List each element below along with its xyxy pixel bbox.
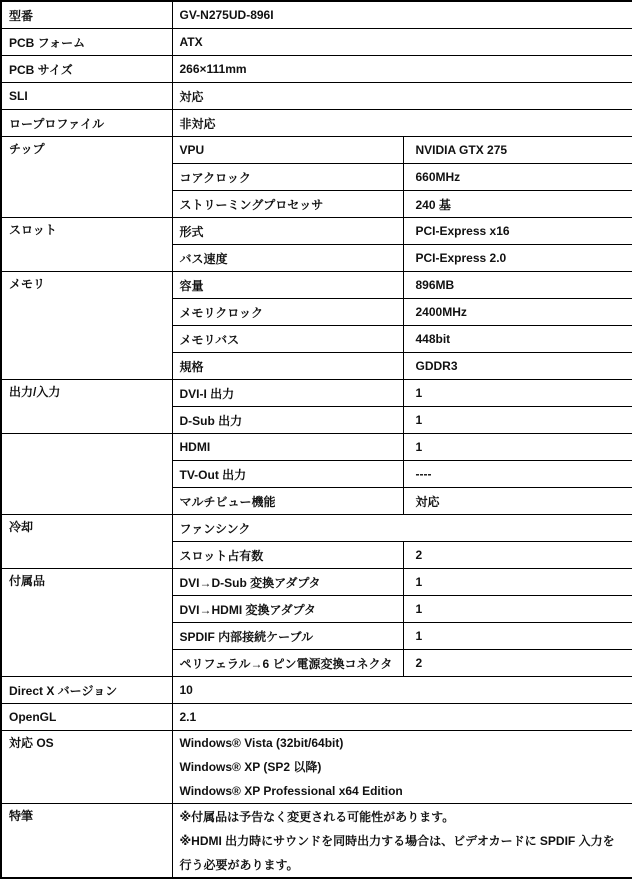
- row-directx: Direct X バージョン 10: [1, 677, 632, 704]
- accessory-hdmi-adapter-value: 1: [403, 596, 632, 623]
- cooling-slots-value: 2: [403, 542, 632, 569]
- chip-vpu-value: NVIDIA GTX 275: [403, 137, 632, 164]
- accessory-power-connector-name: ペリフェラル→6 ピン電源変換コネクタ: [172, 650, 403, 677]
- row-slot-format: スロット 形式 PCI-Express x16: [1, 218, 632, 245]
- opengl-value: 2.1: [172, 704, 632, 731]
- row-opengl: OpenGL 2.1: [1, 704, 632, 731]
- directx-value: 10: [172, 677, 632, 704]
- memory-standard-name: 規格: [172, 353, 403, 380]
- pcb-size-value: 266×111mm: [172, 56, 632, 83]
- slot-format-name: 形式: [172, 218, 403, 245]
- os-line-xp: Windows® XP (SP2 以降): [180, 755, 626, 779]
- chip-streamprocessors-name: ストリーミングプロセッサ: [172, 191, 403, 218]
- row-accessory-dsub-adapter: 付属品 DVI→D-Sub 変換アダプタ 1: [1, 569, 632, 596]
- memory-clock-name: メモリクロック: [172, 299, 403, 326]
- row-io-dvi: 出力/入力 DVI-I 出力 1: [1, 380, 632, 407]
- slot-section-label: スロット: [1, 218, 172, 272]
- memory-section-label: メモリ: [1, 272, 172, 380]
- io-dsub-name: D-Sub 出力: [172, 407, 403, 434]
- row-model: 型番 GV-N275UD-896I: [1, 1, 632, 29]
- memory-capacity-name: 容量: [172, 272, 403, 299]
- row-low-profile: ロープロファイル 非対応: [1, 110, 632, 137]
- memory-bus-value: 448bit: [403, 326, 632, 353]
- spec-sheet-page: 型番 GV-N275UD-896I PCB フォーム ATX PCB サイズ 2…: [0, 0, 632, 799]
- memory-capacity-value: 896MB: [403, 272, 632, 299]
- row-cooling-fansink: 冷却 ファンシンク: [1, 515, 632, 542]
- accessory-spdif-cable-value: 1: [403, 623, 632, 650]
- accessory-dsub-adapter-value: 1: [403, 569, 632, 596]
- accessory-hdmi-adapter-name: DVI→HDMI 変換アダプタ: [172, 596, 403, 623]
- os-value-cell: Windows® Vista (32bit/64bit) Windows® XP…: [172, 731, 632, 804]
- accessories-section-label: 付属品: [1, 569, 172, 677]
- io-dvi-name: DVI-I 出力: [172, 380, 403, 407]
- row-sli: SLI 対応: [1, 83, 632, 110]
- directx-label: Direct X バージョン: [1, 677, 172, 704]
- pcb-size-label: PCB サイズ: [1, 56, 172, 83]
- model-label: 型番: [1, 1, 172, 29]
- io-dvi-value: 1: [403, 380, 632, 407]
- os-line-xp64: Windows® XP Professional x64 Edition: [180, 779, 626, 803]
- io-hdmi-value: 1: [403, 434, 632, 461]
- chip-vpu-name: VPU: [172, 137, 403, 164]
- notes-value-cell: ※付属品は予告なく変更される可能性があります。 ※HDMI 出力時にサウンドを同…: [172, 804, 632, 879]
- cooling-section-label: 冷却: [1, 515, 172, 569]
- low-profile-value: 非対応: [172, 110, 632, 137]
- os-line-vista: Windows® Vista (32bit/64bit): [180, 731, 626, 755]
- row-pcb-form: PCB フォーム ATX: [1, 29, 632, 56]
- row-notes: 特筆 ※付属品は予告なく変更される可能性があります。 ※HDMI 出力時にサウン…: [1, 804, 632, 879]
- accessory-power-connector-value: 2: [403, 650, 632, 677]
- memory-standard-value: GDDR3: [403, 353, 632, 380]
- row-chip-vpu: チップ VPU NVIDIA GTX 275: [1, 137, 632, 164]
- cooling-slots-name: スロット占有数: [172, 542, 403, 569]
- io-section-label: 出力/入力: [1, 380, 172, 434]
- chip-streamprocessors-value: 240 基: [403, 191, 632, 218]
- row-pcb-size: PCB サイズ 266×111mm: [1, 56, 632, 83]
- memory-clock-value: 2400MHz: [403, 299, 632, 326]
- chip-section-label: チップ: [1, 137, 172, 218]
- os-label: 対応 OS: [1, 731, 172, 804]
- slot-busspeed-value: PCI-Express 2.0: [403, 245, 632, 272]
- chip-coreclock-value: 660MHz: [403, 164, 632, 191]
- io-multiview-value: 対応: [403, 488, 632, 515]
- chip-coreclock-name: コアクロック: [172, 164, 403, 191]
- accessory-spdif-cable-name: SPDIF 内部接続ケーブル: [172, 623, 403, 650]
- notes-label: 特筆: [1, 804, 172, 879]
- pcb-form-label: PCB フォーム: [1, 29, 172, 56]
- accessory-dsub-adapter-name: DVI→D-Sub 変換アダプタ: [172, 569, 403, 596]
- note-hdmi-spdif: ※HDMI 出力時にサウンドを同時出力する場合は、ビデオカードに SPDIF 入…: [180, 829, 626, 877]
- pcb-form-value: ATX: [172, 29, 632, 56]
- io-tvout-name: TV-Out 出力: [172, 461, 403, 488]
- sli-value: 対応: [172, 83, 632, 110]
- cooling-fansink-value: ファンシンク: [172, 515, 632, 542]
- model-value: GV-N275UD-896I: [172, 1, 632, 29]
- spec-table: 型番 GV-N275UD-896I PCB フォーム ATX PCB サイズ 2…: [0, 0, 632, 879]
- row-io-hdmi: HDMI 1: [1, 434, 632, 461]
- io-hdmi-name: HDMI: [172, 434, 403, 461]
- slot-format-value: PCI-Express x16: [403, 218, 632, 245]
- io-extra-label-cell: [1, 434, 172, 515]
- sli-label: SLI: [1, 83, 172, 110]
- slot-busspeed-name: バス速度: [172, 245, 403, 272]
- opengl-label: OpenGL: [1, 704, 172, 731]
- row-os: 対応 OS Windows® Vista (32bit/64bit) Windo…: [1, 731, 632, 804]
- memory-bus-name: メモリバス: [172, 326, 403, 353]
- note-accessories-change: ※付属品は予告なく変更される可能性があります。: [180, 805, 626, 829]
- low-profile-label: ロープロファイル: [1, 110, 172, 137]
- row-memory-capacity: メモリ 容量 896MB: [1, 272, 632, 299]
- io-multiview-name: マルチビュー機能: [172, 488, 403, 515]
- io-tvout-value: ----: [403, 461, 632, 488]
- io-dsub-value: 1: [403, 407, 632, 434]
